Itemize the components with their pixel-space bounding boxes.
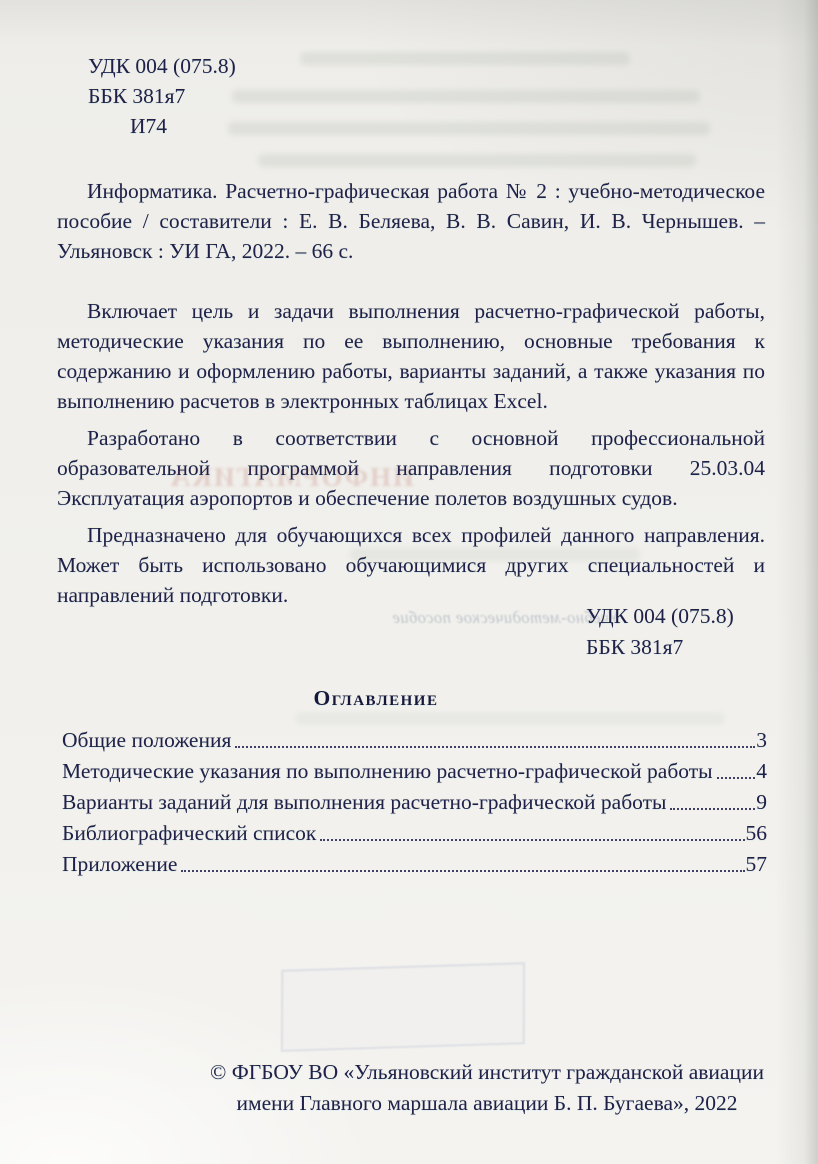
udk-code-bottom: УДК 004 (075.8) xyxy=(586,601,734,632)
dot-leader xyxy=(717,777,756,779)
copyright-notice: © ФГБОУ ВО «Ульяновский институт граждан… xyxy=(160,1057,814,1119)
dot-leader xyxy=(670,808,755,810)
dot-leader xyxy=(320,839,744,841)
dot-leader xyxy=(235,746,755,748)
toc-page-number: 56 xyxy=(746,821,768,846)
copyright-line-1: © ФГБОУ ВО «Ульяновский институт граждан… xyxy=(160,1057,814,1088)
annotation-paragraph-3: Предназначено для обучающихся всех профи… xyxy=(57,520,765,610)
udk-code-top: УДК 004 (075.8) xyxy=(88,51,236,81)
toc-entry-label: Приложение xyxy=(62,852,177,877)
bleedthrough-stamp-box xyxy=(281,962,525,1052)
toc-entry: Варианты заданий для выполнения расчетно… xyxy=(62,784,767,815)
scanned-book-imprint-page: ИНФОРМАТИКА Учебно-методическое пособие … xyxy=(0,0,818,1164)
toc-entry-label: Методические указания по выполнению расч… xyxy=(62,759,713,784)
toc-entry-label: Библиографический список xyxy=(62,821,316,846)
bleedthrough-line xyxy=(232,90,700,103)
bibliographic-entry: Информатика. Расчетно-графическая работа… xyxy=(57,176,765,266)
toc-title: Оглавление xyxy=(0,686,752,711)
toc-entry-label: Варианты заданий для выполнения расчетно… xyxy=(62,790,666,815)
bbk-code-bottom: ББК 381я7 xyxy=(586,632,734,663)
annotation-block: Включает цель и задачи выполнения расчет… xyxy=(57,296,765,610)
bleedthrough-line xyxy=(258,154,696,167)
toc-page-number: 4 xyxy=(756,759,767,784)
annotation-paragraph-2: Разработано в соответствии с основной пр… xyxy=(57,423,765,513)
toc-entry: Библиографический список 56 xyxy=(62,815,767,846)
classification-block-bottom: УДК 004 (075.8) ББК 381я7 xyxy=(586,601,734,663)
table-of-contents: Общие положения 3 Методические указания … xyxy=(62,722,767,877)
bleedthrough-line xyxy=(300,52,630,65)
toc-entry: Приложение 57 xyxy=(62,846,767,877)
annotation-paragraph-1: Включает цель и задачи выполнения расчет… xyxy=(57,296,765,416)
dot-leader xyxy=(181,870,744,872)
toc-page-number: 57 xyxy=(746,852,768,877)
bleedthrough-line xyxy=(228,122,710,135)
toc-entry-label: Общие положения xyxy=(62,728,231,753)
toc-page-number: 3 xyxy=(756,728,767,753)
toc-entry: Общие положения 3 xyxy=(62,722,767,753)
classification-block-top: УДК 004 (075.8) ББК 381я7 И74 xyxy=(88,51,236,141)
copyright-line-2: имени Главного маршала авиации Б. П. Буг… xyxy=(160,1088,814,1119)
author-sign: И74 xyxy=(88,111,236,141)
toc-page-number: 9 xyxy=(756,790,767,815)
bbk-code-top: ББК 381я7 xyxy=(88,81,236,111)
toc-entry: Методические указания по выполнению расч… xyxy=(62,753,767,784)
